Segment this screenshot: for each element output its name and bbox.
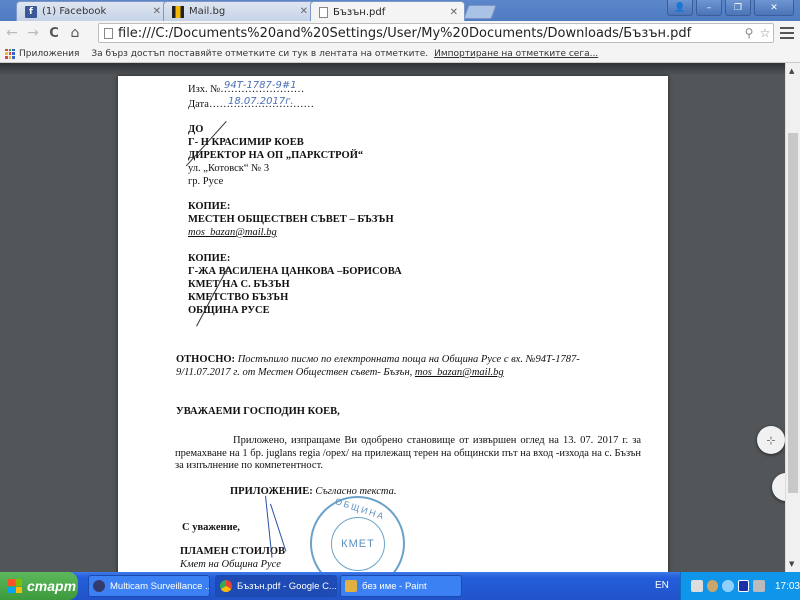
- minimize-button[interactable]: –: [696, 0, 722, 16]
- scroll-up-icon[interactable]: ▲: [789, 67, 794, 75]
- search-icon[interactable]: ⚲: [741, 26, 757, 40]
- back-button[interactable]: ←: [3, 23, 21, 43]
- close-window-button[interactable]: ✕: [754, 0, 794, 16]
- zoom-control-button[interactable]: [772, 473, 785, 501]
- to-heading: ДО: [188, 124, 203, 135]
- scroll-thumb[interactable]: [788, 133, 798, 493]
- tab-strip: f (1) Facebook ✕ Mail.bg ✕ Бъзън.pdf ✕ 👤…: [0, 0, 800, 21]
- menu-icon[interactable]: [780, 25, 794, 41]
- subject-email-link[interactable]: mos_bazan@mail.bg: [415, 367, 504, 378]
- forward-button[interactable]: →: [24, 23, 42, 43]
- bookmarks-hint: За бърз достъп поставяйте отметките си т…: [91, 49, 428, 59]
- recipient-title: ДИРЕКТОР НА ОП „ПАРКСТРОЙ“: [188, 150, 363, 161]
- tab-bazan-pdf[interactable]: Бъзън.pdf ✕: [310, 1, 465, 22]
- subject-line-1: ОТНОСНО: Постъпило писмо по електронната…: [176, 354, 580, 365]
- import-bookmarks-link[interactable]: Импортиране на отметките сега...: [434, 49, 598, 59]
- reload-button[interactable]: C: [45, 23, 63, 43]
- signature-stroke: [270, 504, 286, 552]
- signer-title: Кмет на Община Русе: [180, 559, 281, 570]
- apps-icon[interactable]: [5, 49, 15, 59]
- copy1-email-link[interactable]: mos_bazan@mail.bg: [188, 227, 277, 238]
- pdf-viewer[interactable]: Изх. №…………………… 94Т-1787-9#1 Дата………………………: [0, 63, 785, 572]
- task-multicam[interactable]: Multicam Surveillance ...: [88, 575, 210, 597]
- copy2-line: КМЕТ НА С. БЪЗЪН: [188, 279, 290, 290]
- address-bar[interactable]: file:///C:/Documents%20and%20Settings/Us…: [98, 23, 774, 43]
- handwritten-date: 18.07.2017г.: [228, 96, 294, 107]
- new-tab-button[interactable]: [463, 5, 496, 19]
- pdf-page: Изх. №…………………… 94Т-1787-9#1 Дата………………………: [118, 76, 668, 572]
- date-line: Дата………………………… 18.07.2017г.: [188, 99, 314, 110]
- start-button[interactable]: старт: [0, 572, 78, 600]
- network-icon[interactable]: [691, 580, 703, 592]
- body-paragraph: Приложено, изпращаме Ви одобрено станови…: [175, 435, 641, 473]
- page-icon: [104, 28, 113, 39]
- official-stamp: ОБЩИНА КМЕТ: [310, 496, 405, 572]
- closing: С уважение,: [182, 522, 240, 533]
- system-tray: 17:03: [680, 572, 800, 600]
- windows-logo-icon: [8, 579, 22, 593]
- close-icon[interactable]: ✕: [450, 7, 458, 18]
- vertical-scrollbar[interactable]: ▲ ▼: [785, 63, 800, 572]
- clock[interactable]: 17:03: [775, 581, 800, 592]
- paint-icon: [345, 580, 357, 592]
- tab-mail-bg[interactable]: Mail.bg ✕: [163, 1, 315, 21]
- copy2-line: КМЕТСТВО БЪЗЪН: [188, 292, 288, 303]
- task-paint[interactable]: без име - Paint: [340, 575, 462, 597]
- bookmarks-bar: Приложения За бърз достъп поставяйте отм…: [0, 45, 800, 63]
- subject-line-2: 9/11.07.2017 г. от Местен Обществен съве…: [176, 367, 504, 378]
- scroll-down-icon[interactable]: ▼: [789, 560, 794, 568]
- close-icon[interactable]: ✕: [300, 6, 308, 17]
- salutation: УВАЖАЕМИ ГОСПОДИН КОЕВ,: [176, 406, 340, 417]
- signer-name: ПЛАМЕН СТОИЛОВ: [180, 546, 285, 557]
- volume-icon[interactable]: [707, 580, 719, 592]
- url-text[interactable]: file:///C:/Documents%20and%20Settings/Us…: [118, 26, 741, 41]
- browser-toolbar: ← → C ⌂ file:///C:/Documents%20and%20Set…: [0, 21, 800, 45]
- restore-button[interactable]: ❐: [725, 0, 751, 16]
- user-icon[interactable]: 👤: [667, 0, 693, 16]
- recipient-street: ул. „Котовск“ № 3: [188, 163, 269, 174]
- copy1-org: МЕСТЕН ОБЩЕСТВЕН СЪВЕТ – БЪЗЪН: [188, 214, 394, 225]
- multicam-icon: [93, 580, 105, 592]
- tab-facebook[interactable]: f (1) Facebook ✕: [16, 1, 168, 21]
- task-chrome-pdf[interactable]: Бъзън.pdf - Google C...: [215, 575, 337, 597]
- close-icon[interactable]: ✕: [153, 6, 161, 17]
- ref-number-line: Изх. №…………………… 94Т-1787-9#1: [188, 84, 304, 95]
- language-indicator[interactable]: EN: [655, 580, 669, 591]
- tray-app-icon[interactable]: [722, 580, 734, 592]
- recipient-city: гр. Русе: [188, 176, 223, 187]
- copy2-line: ОБЩИНА РУСЕ: [188, 305, 270, 316]
- handwritten-ref-number: 94Т-1787-9#1: [224, 80, 297, 91]
- facebook-icon: f: [25, 6, 37, 18]
- chrome-icon: [220, 580, 232, 592]
- safely-remove-icon[interactable]: [753, 580, 765, 592]
- copy2-heading: КОПИЕ:: [188, 253, 230, 264]
- copy2-line: Г-ЖА ВАСИЛЕНА ЦАНКОВА –БОРИСОВА: [188, 266, 402, 277]
- copy1-heading: КОПИЕ:: [188, 201, 230, 212]
- apps-link[interactable]: Приложения: [19, 49, 79, 59]
- attachment-line: ПРИЛОЖЕНИЕ: Съгласно текста.: [230, 486, 396, 497]
- taskbar: старт Multicam Surveillance ... Бъзън.pd…: [0, 572, 800, 600]
- pdf-page-icon: [319, 7, 328, 18]
- mail-bg-icon: [172, 6, 184, 18]
- home-button[interactable]: ⌂: [66, 23, 84, 43]
- star-icon[interactable]: ☆: [757, 26, 773, 40]
- fit-to-page-button[interactable]: ⊹: [757, 426, 785, 454]
- display-icon[interactable]: [738, 580, 750, 592]
